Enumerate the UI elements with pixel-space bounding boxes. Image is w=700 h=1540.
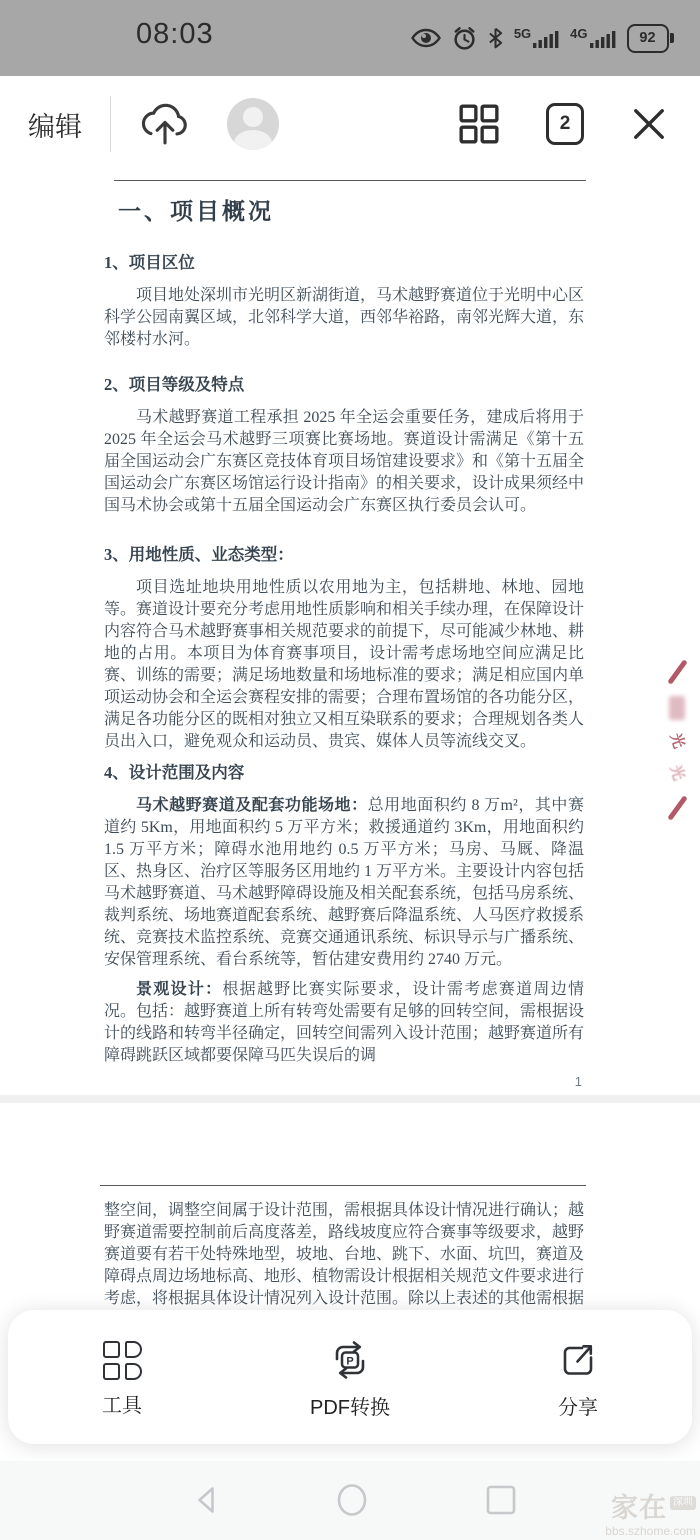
section-heading-1: 1、项目区位: [104, 251, 584, 275]
page-header-rule: [114, 180, 586, 181]
pdf-convert-label: PDF转换: [310, 1391, 390, 1420]
status-bar: 08:03 5: [0, 0, 700, 76]
clock: 08:03: [136, 18, 214, 51]
cloud-upload-icon[interactable]: [137, 101, 193, 147]
page-header-rule: [100, 1185, 586, 1186]
section-heading-4: 4、设计范围及内容: [104, 761, 584, 785]
status-icons: 5G 4G 92: [411, 0, 674, 76]
paragraph: 景观设计：根据越野比赛实际要求，设计需考虑赛道周边情况。包括：越野赛道上所有转弯…: [104, 979, 584, 1067]
red-seal-fragment: 光 光: [656, 658, 698, 822]
tools-label: 工具: [102, 1389, 142, 1418]
nav-back-icon[interactable]: [190, 1483, 224, 1517]
paragraph: 项目地处深圳市光明区新湖街道，马术越野赛道位于光明中心区科学公园南翼区域，北邻科…: [104, 285, 584, 351]
android-nav-bar: [0, 1461, 700, 1540]
toolbar-right-group: 2: [458, 103, 668, 145]
nav-home-icon[interactable]: [335, 1483, 369, 1517]
tab-count-button[interactable]: 2: [546, 103, 584, 145]
paragraph: 马术越野赛道及配套功能场地：总用地面积约 8 万m²，其中赛道约 5Km，用地面…: [104, 795, 584, 971]
close-icon[interactable]: [630, 105, 668, 143]
pdf-convert-button[interactable]: P PDF转换: [236, 1310, 464, 1444]
paragraph: 马术越野赛道工程承担 2025 年全运会重要任务，建成后将用于 2025 年全运…: [104, 407, 584, 517]
paragraph: 项目选址地块用地性质以农用地为主，包括耕地、林地、园地等。赛道设计要充分考虑用地…: [104, 577, 584, 753]
grid-view-icon[interactable]: [458, 103, 500, 145]
section-heading-2: 2、项目等级及特点: [104, 373, 584, 397]
tools-button[interactable]: 工具: [8, 1310, 236, 1444]
doc-title: 一、项目概况: [118, 197, 584, 227]
signal-5g-icon: 5G: [514, 28, 559, 48]
edit-button[interactable]: 编辑: [28, 105, 82, 144]
toolbar-divider: [110, 96, 111, 152]
alarm-clock-icon: [452, 26, 477, 51]
phone-screen: 08:03 5: [0, 0, 700, 1540]
document-page-1: 一、项目概况 1、项目区位 项目地处深圳市光明区新湖街道，马术越野赛道位于光明中…: [0, 172, 700, 1095]
signal-4g-icon: 4G: [570, 28, 615, 48]
app-toolbar: 编辑 2: [0, 76, 700, 173]
eye-protection-icon: [411, 28, 441, 48]
tools-icon: [103, 1341, 142, 1380]
battery-icon: 92: [627, 24, 675, 53]
bottom-action-sheet: 工具 P PDF转换: [8, 1310, 692, 1444]
document-viewport[interactable]: 一、项目概况 1、项目区位 项目地处深圳市光明区新湖街道，马术越野赛道位于光明中…: [0, 172, 700, 1461]
nav-recents-icon[interactable]: [485, 1483, 517, 1517]
bluetooth-icon: [488, 27, 503, 49]
svg-text:P: P: [346, 1356, 353, 1368]
section-heading-3: 3、用地性质、业态类型：: [104, 543, 584, 567]
share-label: 分享: [558, 1391, 598, 1420]
share-icon: [555, 1338, 601, 1382]
share-button[interactable]: 分享: [464, 1310, 692, 1444]
page-separator: [0, 1095, 700, 1103]
user-avatar[interactable]: [227, 98, 279, 150]
pdf-convert-icon: P: [327, 1338, 373, 1382]
page-number: 1: [104, 1071, 584, 1093]
